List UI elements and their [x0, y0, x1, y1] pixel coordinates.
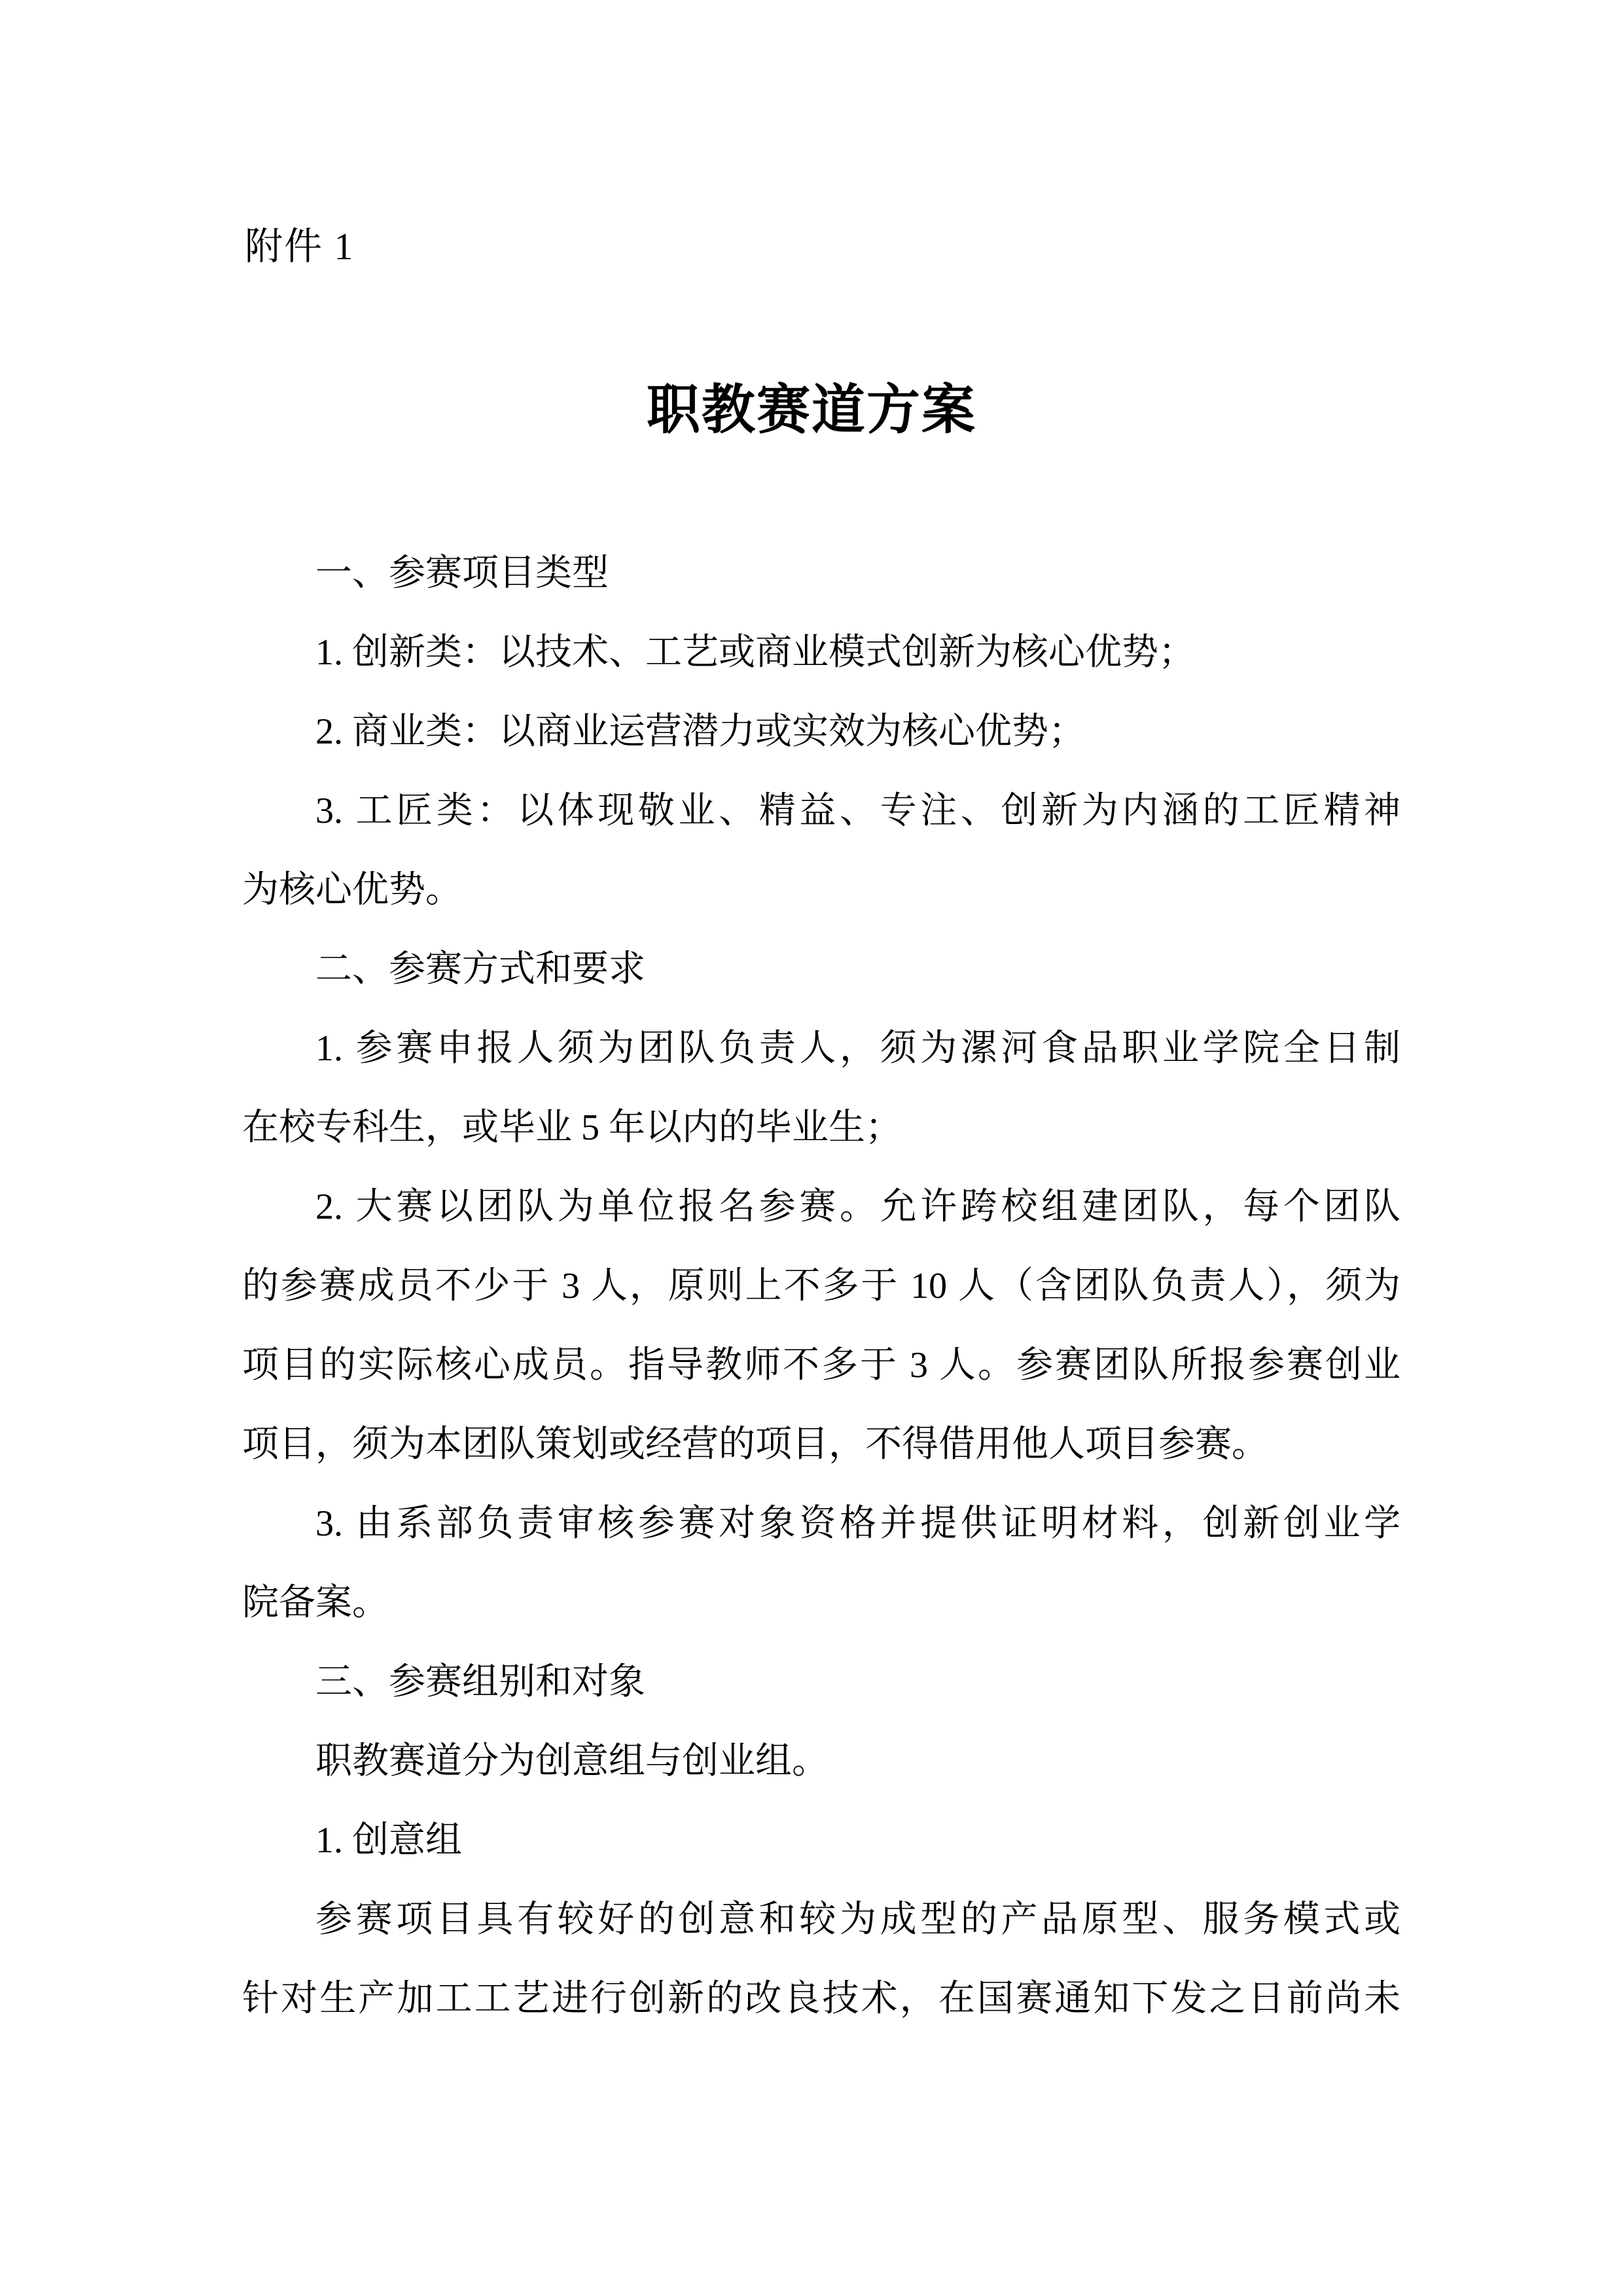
list-item-innovation: 1. 创新类：以技术、工艺或商业模式创新为核心优势； — [242, 613, 1400, 692]
paragraph-line: 院备案。 — [242, 1564, 1400, 1643]
document-body: 一、参赛项目类型 1. 创新类：以技术、工艺或商业模式创新为核心优势； 2. 商… — [242, 534, 1400, 2039]
paragraph-line: 项目，须为本团队策划或经营的项目，不得借用他人项目参赛。 — [242, 1405, 1400, 1484]
document-title: 职教赛道方案 — [0, 384, 1623, 437]
section-heading-2: 二、参赛方式和要求 — [242, 930, 1400, 1009]
list-item-craftsman: 3. 工匠类：以体现敬业、精益、专注、创新为内涵的工匠精神 — [242, 772, 1400, 851]
document-page: 附件 1 职教赛道方案 一、参赛项目类型 1. 创新类：以技术、工艺或商业模式创… — [0, 0, 1623, 2296]
paragraph-line: 针对生产加工工艺进行创新的改良技术，在国赛通知下发之日前尚未 — [242, 1960, 1400, 2039]
list-item-creative-group: 1. 创意组 — [242, 1801, 1400, 1880]
section-heading-1: 一、参赛项目类型 — [242, 534, 1400, 613]
list-item-business: 2. 商业类：以商业运营潜力或实效为核心优势； — [242, 692, 1400, 772]
paragraph-line: 的参赛成员不少于 3 人，原则上不多于 10 人（含团队负责人），须为 — [242, 1247, 1400, 1326]
paragraph-line: 为核心优势。 — [242, 851, 1400, 930]
section-heading-3: 三、参赛组别和对象 — [242, 1643, 1400, 1722]
paragraph-line: 1. 参赛申报人须为团队负责人，须为漯河食品职业学院全日制 — [242, 1009, 1400, 1088]
paragraph-line: 项目的实际核心成员。指导教师不多于 3 人。参赛团队所报参赛创业 — [242, 1326, 1400, 1405]
paragraph-line: 职教赛道分为创意组与创业组。 — [242, 1722, 1400, 1801]
paragraph-line: 在校专科生，或毕业 5 年以内的毕业生； — [242, 1088, 1400, 1168]
paragraph-line: 3. 由系部负责审核参赛对象资格并提供证明材料，创新创业学 — [242, 1484, 1400, 1564]
paragraph-line: 2. 大赛以团队为单位报名参赛。允许跨校组建团队，每个团队 — [242, 1168, 1400, 1247]
paragraph-line: 参赛项目具有较好的创意和较为成型的产品原型、服务模式或 — [242, 1880, 1400, 1960]
attachment-label: 附件 1 — [245, 225, 355, 269]
